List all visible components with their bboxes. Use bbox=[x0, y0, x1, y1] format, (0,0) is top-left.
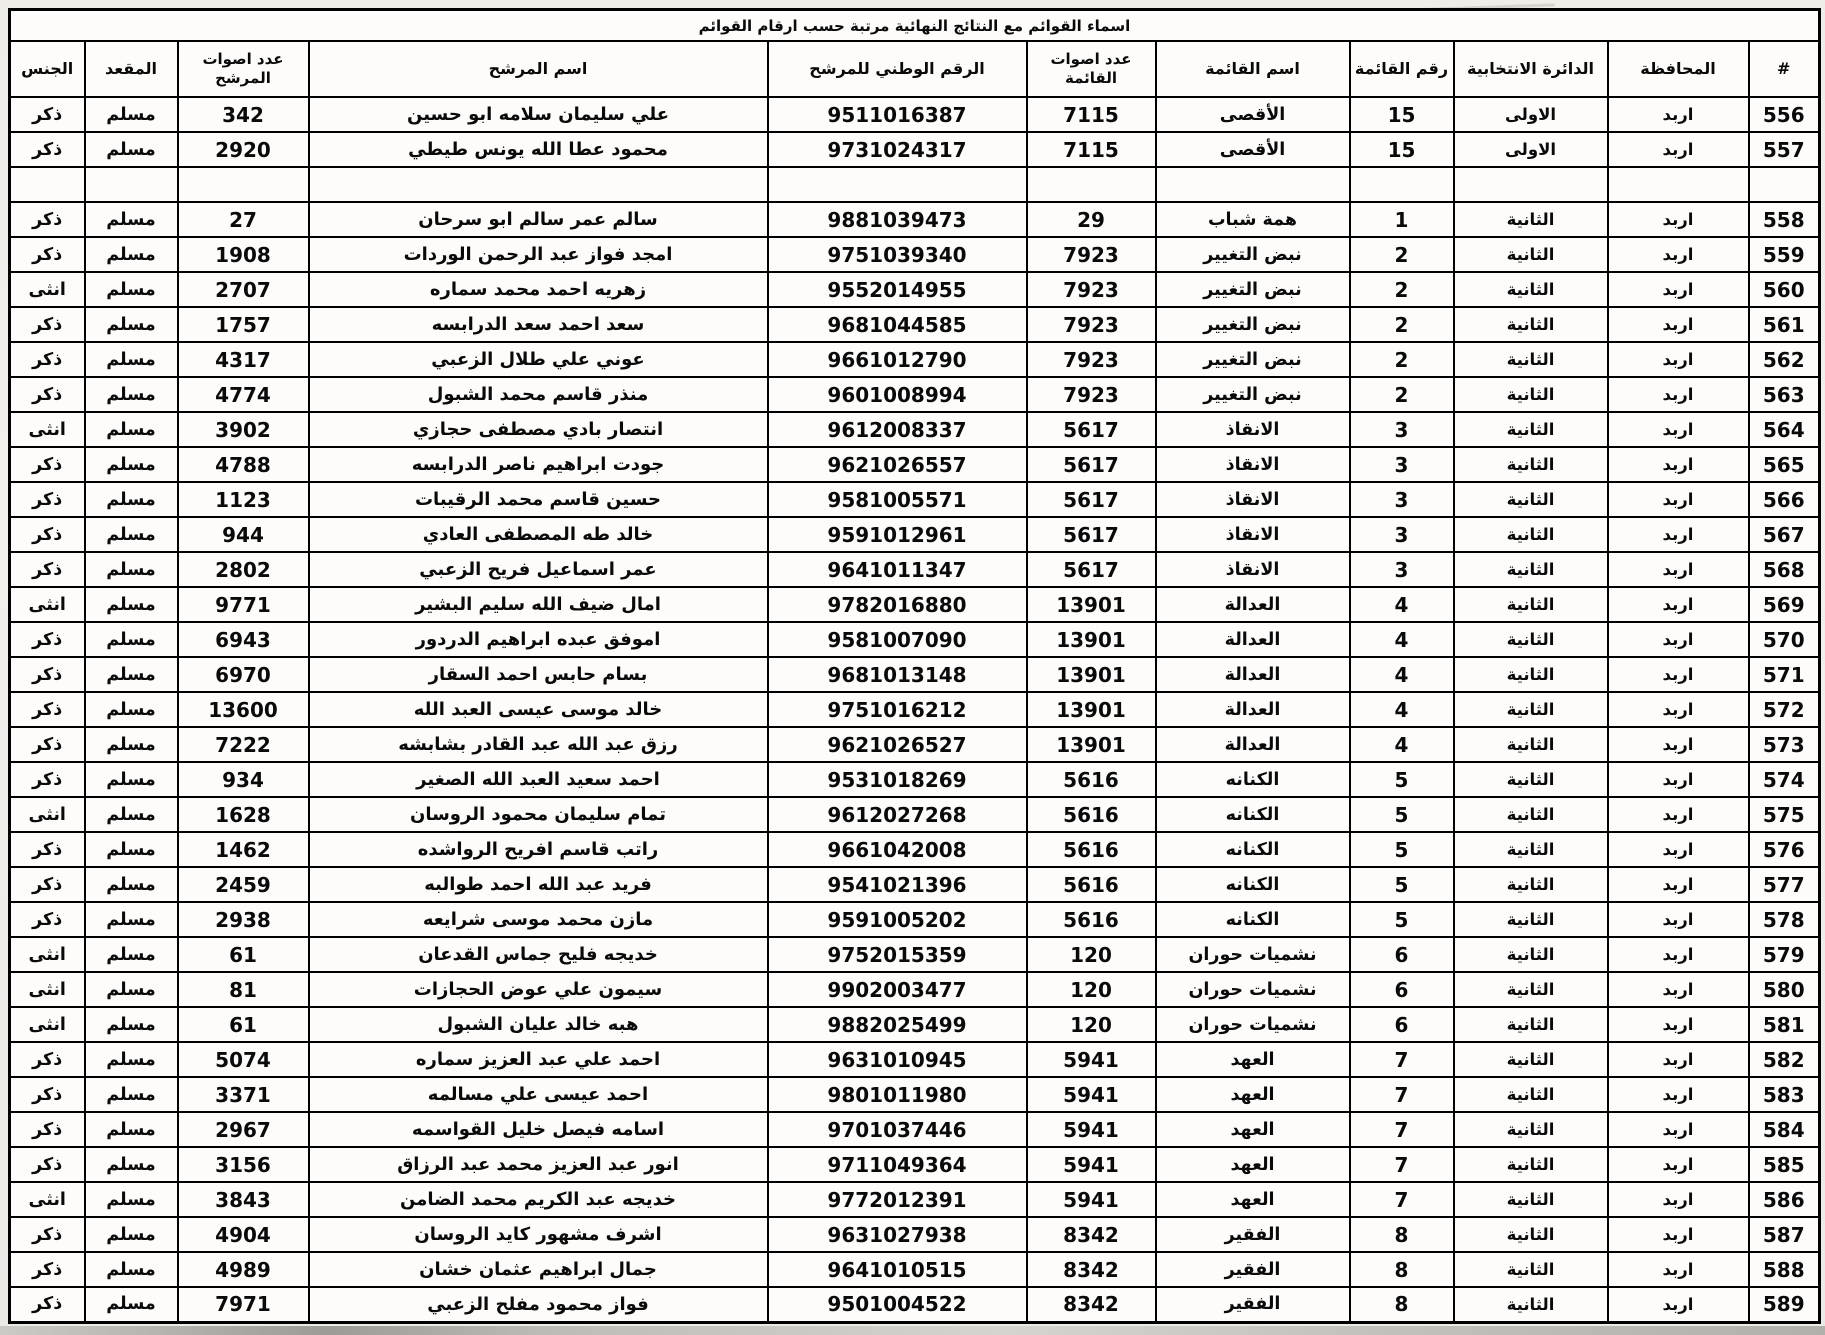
cell-row_no: 567 bbox=[1749, 517, 1820, 552]
cell-gender: ذكر bbox=[9, 342, 84, 377]
cell-candidate_votes: 4989 bbox=[178, 1252, 309, 1287]
table-row: 564اربدالثانية3الانقاذ56179612008337انتص… bbox=[9, 412, 1819, 447]
table-body: 556اربدالاولى15الأقصى71159511016387علي س… bbox=[9, 97, 1819, 1322]
cell-gender: انثى bbox=[9, 937, 84, 972]
cell-list_name: نبض التغيير bbox=[1156, 237, 1350, 272]
cell-list_votes: 8342 bbox=[1027, 1252, 1156, 1287]
cell-list_name: الكنانه bbox=[1156, 832, 1350, 867]
cell-candidate_name: راتب قاسم افريح الرواشده bbox=[309, 832, 768, 867]
table-row: 586اربدالثانية7العهد59419772012391خديجه … bbox=[9, 1182, 1819, 1217]
table-row: 589اربدالثانية8الفقير83429501004522فواز … bbox=[9, 1287, 1819, 1322]
cell-list_number: 5 bbox=[1350, 867, 1454, 902]
cell-seat: مسلم bbox=[85, 972, 178, 1007]
cell-district: الثانية bbox=[1454, 1112, 1608, 1147]
cell-list_number: 7 bbox=[1350, 1042, 1454, 1077]
table-row: 587اربدالثانية8الفقير83429631027938اشرف … bbox=[9, 1217, 1819, 1252]
cell-gender: ذكر bbox=[9, 727, 84, 762]
cell-row_no: 581 bbox=[1749, 1007, 1820, 1042]
table-row: 575اربدالثانية5الكنانه56169612027268تمام… bbox=[9, 797, 1819, 832]
cell-row_no: 572 bbox=[1749, 692, 1820, 727]
cell-list_number: 3 bbox=[1350, 412, 1454, 447]
cell-national_id: 9612008337 bbox=[768, 412, 1027, 447]
cell-district: الثانية bbox=[1454, 587, 1608, 622]
cell-district: الثانية bbox=[1454, 1252, 1608, 1287]
cell-candidate_votes: 3843 bbox=[178, 1182, 309, 1217]
table-row: 559اربدالثانية2نبض التغيير79239751039340… bbox=[9, 237, 1819, 272]
cell-governorate: اربد bbox=[1608, 552, 1749, 587]
cell-row_no: 562 bbox=[1749, 342, 1820, 377]
table-row: 571اربدالثانية4العدالة139019681013148بسا… bbox=[9, 657, 1819, 692]
cell-seat: مسلم bbox=[85, 1217, 178, 1252]
cell-candidate_name: جودت ابراهيم ناصر الدرابسه bbox=[309, 447, 768, 482]
cell-list_number: 4 bbox=[1350, 692, 1454, 727]
cell-district: الثانية bbox=[1454, 447, 1608, 482]
cell-candidate_name: خديجه عبد الكريم محمد الضامن bbox=[309, 1182, 768, 1217]
cell-candidate_name bbox=[309, 167, 768, 202]
cell-gender: ذكر bbox=[9, 307, 84, 342]
cell-row_no: 561 bbox=[1749, 307, 1820, 342]
cell-national_id: 9882025499 bbox=[768, 1007, 1027, 1042]
cell-row_no: 569 bbox=[1749, 587, 1820, 622]
table-row: 558اربدالثانية1همة شباب299881039473سالم … bbox=[9, 202, 1819, 237]
cell-list_votes: 7923 bbox=[1027, 272, 1156, 307]
cell-list_votes: 7923 bbox=[1027, 237, 1156, 272]
cell-candidate_votes: 7222 bbox=[178, 727, 309, 762]
scanned-page: { "title": "اسماء القوائم مع النتائج الن… bbox=[0, 0, 1825, 1335]
column-header-gender: الجنس bbox=[9, 41, 84, 97]
cell-row_no: 570 bbox=[1749, 622, 1820, 657]
cell-district: الاولى bbox=[1454, 97, 1608, 132]
cell-list_votes: 13901 bbox=[1027, 692, 1156, 727]
table-row: 566اربدالثانية3الانقاذ56179581005571حسين… bbox=[9, 482, 1819, 517]
cell-candidate_votes: 2707 bbox=[178, 272, 309, 307]
cell-candidate_name: مازن محمد موسى شرايعه bbox=[309, 902, 768, 937]
cell-candidate_name: بسام حابس احمد السقار bbox=[309, 657, 768, 692]
cell-gender: ذكر bbox=[9, 692, 84, 727]
cell-district: الثانية bbox=[1454, 237, 1608, 272]
table-row: 567اربدالثانية3الانقاذ56179591012961خالد… bbox=[9, 517, 1819, 552]
cell-district: الثانية bbox=[1454, 762, 1608, 797]
cell-row_no: 576 bbox=[1749, 832, 1820, 867]
cell-row_no: 587 bbox=[1749, 1217, 1820, 1252]
table-row: 582اربدالثانية7العهد59419631010945احمد ع… bbox=[9, 1042, 1819, 1077]
cell-list_number: 15 bbox=[1350, 97, 1454, 132]
cell-governorate: اربد bbox=[1608, 342, 1749, 377]
cell-list_number bbox=[1350, 167, 1454, 202]
cell-national_id: 9902003477 bbox=[768, 972, 1027, 1007]
column-header-national_id: الرقم الوطني للمرشح bbox=[768, 41, 1027, 97]
cell-list_number: 2 bbox=[1350, 307, 1454, 342]
cell-list_votes: 5941 bbox=[1027, 1182, 1156, 1217]
cell-list_name: الكنانه bbox=[1156, 867, 1350, 902]
cell-list_votes: 5616 bbox=[1027, 902, 1156, 937]
cell-list_number: 2 bbox=[1350, 377, 1454, 412]
table-row: 569اربدالثانية4العدالة139019782016880اما… bbox=[9, 587, 1819, 622]
cell-list_votes: 5616 bbox=[1027, 762, 1156, 797]
cell-list_name: الانقاذ bbox=[1156, 552, 1350, 587]
cell-seat: مسلم bbox=[85, 727, 178, 762]
cell-list_name: الانقاذ bbox=[1156, 517, 1350, 552]
cell-list_votes: 13901 bbox=[1027, 587, 1156, 622]
cell-gender: ذكر bbox=[9, 132, 84, 167]
cell-gender: ذكر bbox=[9, 867, 84, 902]
cell-list_name: الفقير bbox=[1156, 1217, 1350, 1252]
cell-list_votes: 7923 bbox=[1027, 377, 1156, 412]
cell-national_id: 9501004522 bbox=[768, 1287, 1027, 1322]
column-header-list_name: اسم القائمة bbox=[1156, 41, 1350, 97]
cell-national_id bbox=[768, 167, 1027, 202]
cell-list_votes: 13901 bbox=[1027, 657, 1156, 692]
cell-district: الثانية bbox=[1454, 1182, 1608, 1217]
table-row: 584اربدالثانية7العهد59419701037446اسامه … bbox=[9, 1112, 1819, 1147]
cell-candidate_votes bbox=[178, 167, 309, 202]
table-row: 583اربدالثانية7العهد59419801011980احمد ع… bbox=[9, 1077, 1819, 1112]
cell-row_no: 577 bbox=[1749, 867, 1820, 902]
cell-governorate: اربد bbox=[1608, 937, 1749, 972]
cell-district: الثانية bbox=[1454, 902, 1608, 937]
cell-national_id: 9751039340 bbox=[768, 237, 1027, 272]
cell-candidate_votes: 944 bbox=[178, 517, 309, 552]
cell-row_no: 585 bbox=[1749, 1147, 1820, 1182]
cell-list_name: الفقير bbox=[1156, 1252, 1350, 1287]
election-results-table: اسماء القوائم مع النتائج النهائية مرتبة … bbox=[8, 8, 1821, 1324]
cell-list_name: العهد bbox=[1156, 1077, 1350, 1112]
cell-seat: مسلم bbox=[85, 412, 178, 447]
cell-gender: ذكر bbox=[9, 657, 84, 692]
cell-candidate_votes: 1123 bbox=[178, 482, 309, 517]
cell-district: الثانية bbox=[1454, 972, 1608, 1007]
cell-gender: انثى bbox=[9, 972, 84, 1007]
cell-list_number: 6 bbox=[1350, 937, 1454, 972]
cell-seat: مسلم bbox=[85, 622, 178, 657]
table-row: 565اربدالثانية3الانقاذ56179621026557جودت… bbox=[9, 447, 1819, 482]
cell-row_no: 563 bbox=[1749, 377, 1820, 412]
cell-candidate_name: سالم عمر سالم ابو سرحان bbox=[309, 202, 768, 237]
table-row: 574اربدالثانية5الكنانه56169531018269احمد… bbox=[9, 762, 1819, 797]
cell-candidate_name: زهريه احمد محمد سماره bbox=[309, 272, 768, 307]
cell-row_no: 557 bbox=[1749, 132, 1820, 167]
cell-gender: ذكر bbox=[9, 447, 84, 482]
cell-national_id: 9782016880 bbox=[768, 587, 1027, 622]
cell-district: الثانية bbox=[1454, 412, 1608, 447]
cell-list_votes: 5617 bbox=[1027, 552, 1156, 587]
cell-governorate: اربد bbox=[1608, 622, 1749, 657]
cell-candidate_votes: 2802 bbox=[178, 552, 309, 587]
cell-list_number: 8 bbox=[1350, 1287, 1454, 1322]
cell-governorate: اربد bbox=[1608, 762, 1749, 797]
cell-list_name: الانقاذ bbox=[1156, 412, 1350, 447]
cell-district: الثانية bbox=[1454, 1147, 1608, 1182]
cell-row_no: 588 bbox=[1749, 1252, 1820, 1287]
cell-list_name: العهد bbox=[1156, 1147, 1350, 1182]
cell-gender: ذكر bbox=[9, 482, 84, 517]
cell-national_id: 9631010945 bbox=[768, 1042, 1027, 1077]
cell-district: الثانية bbox=[1454, 307, 1608, 342]
cell-seat: مسلم bbox=[85, 307, 178, 342]
cell-list_number: 7 bbox=[1350, 1077, 1454, 1112]
cell-gender: ذكر bbox=[9, 1077, 84, 1112]
cell-candidate_name: احمد سعيد العبد الله الصغير bbox=[309, 762, 768, 797]
table-row bbox=[9, 167, 1819, 202]
cell-list_number: 4 bbox=[1350, 657, 1454, 692]
cell-list_name: نشميات حوران bbox=[1156, 972, 1350, 1007]
cell-governorate: اربد bbox=[1608, 307, 1749, 342]
cell-seat: مسلم bbox=[85, 342, 178, 377]
cell-seat bbox=[85, 167, 178, 202]
cell-list_name: الكنانه bbox=[1156, 762, 1350, 797]
cell-candidate_votes: 6970 bbox=[178, 657, 309, 692]
cell-row_no: 565 bbox=[1749, 447, 1820, 482]
cell-gender bbox=[9, 167, 84, 202]
cell-list_name bbox=[1156, 167, 1350, 202]
table-row: 560اربدالثانية2نبض التغيير79239552014955… bbox=[9, 272, 1819, 307]
cell-row_no: 568 bbox=[1749, 552, 1820, 587]
cell-row_no: 582 bbox=[1749, 1042, 1820, 1077]
cell-row_no: 579 bbox=[1749, 937, 1820, 972]
cell-candidate_name: هبه خالد عليان الشبول bbox=[309, 1007, 768, 1042]
cell-district bbox=[1454, 167, 1608, 202]
cell-list_votes: 8342 bbox=[1027, 1217, 1156, 1252]
cell-candidate_votes: 2459 bbox=[178, 867, 309, 902]
column-header-governorate: المحافظة bbox=[1608, 41, 1749, 97]
cell-governorate: اربد bbox=[1608, 237, 1749, 272]
cell-candidate_votes: 1462 bbox=[178, 832, 309, 867]
cell-governorate: اربد bbox=[1608, 657, 1749, 692]
cell-gender: ذكر bbox=[9, 1252, 84, 1287]
cell-list_name: الفقير bbox=[1156, 1287, 1350, 1322]
cell-candidate_votes: 4774 bbox=[178, 377, 309, 412]
cell-candidate_votes: 1628 bbox=[178, 797, 309, 832]
cell-seat: مسلم bbox=[85, 237, 178, 272]
cell-district: الثانية bbox=[1454, 342, 1608, 377]
cell-list_votes: 5941 bbox=[1027, 1042, 1156, 1077]
cell-national_id: 9581007090 bbox=[768, 622, 1027, 657]
cell-candidate_votes: 61 bbox=[178, 937, 309, 972]
cell-candidate_name: حسين قاسم محمد الرقيبات bbox=[309, 482, 768, 517]
cell-gender: ذكر bbox=[9, 1112, 84, 1147]
cell-district: الثانية bbox=[1454, 1287, 1608, 1322]
cell-national_id: 9581005571 bbox=[768, 482, 1027, 517]
cell-list_number: 5 bbox=[1350, 797, 1454, 832]
cell-list_number: 7 bbox=[1350, 1182, 1454, 1217]
cell-list_number: 6 bbox=[1350, 972, 1454, 1007]
cell-gender: انثى bbox=[9, 587, 84, 622]
cell-national_id: 9511016387 bbox=[768, 97, 1027, 132]
cell-seat: مسلم bbox=[85, 657, 178, 692]
cell-list_number: 15 bbox=[1350, 132, 1454, 167]
header-row: #المحافظةالدائرة الانتخابيةرقم القائمةاس… bbox=[9, 41, 1819, 97]
cell-seat: مسلم bbox=[85, 762, 178, 797]
table-row: 572اربدالثانية4العدالة139019751016212خال… bbox=[9, 692, 1819, 727]
cell-row_no: 564 bbox=[1749, 412, 1820, 447]
column-header-district: الدائرة الانتخابية bbox=[1454, 41, 1608, 97]
cell-row_no: 558 bbox=[1749, 202, 1820, 237]
cell-candidate_name: منذر قاسم محمد الشبول bbox=[309, 377, 768, 412]
table-row: 585اربدالثانية7العهد59419711049364انور ع… bbox=[9, 1147, 1819, 1182]
cell-gender: انثى bbox=[9, 797, 84, 832]
cell-list_votes: 7115 bbox=[1027, 97, 1156, 132]
cell-list_votes: 5617 bbox=[1027, 482, 1156, 517]
cell-row_no: 583 bbox=[1749, 1077, 1820, 1112]
cell-list_votes: 120 bbox=[1027, 1007, 1156, 1042]
cell-candidate_votes: 3902 bbox=[178, 412, 309, 447]
cell-candidate_name: محمود عطا الله يونس طيطي bbox=[309, 132, 768, 167]
cell-row_no: 589 bbox=[1749, 1287, 1820, 1322]
cell-seat: مسلم bbox=[85, 867, 178, 902]
cell-seat: مسلم bbox=[85, 1077, 178, 1112]
cell-candidate_votes: 2938 bbox=[178, 902, 309, 937]
cell-governorate bbox=[1608, 167, 1749, 202]
cell-candidate_name: علي سليمان سلامه ابو حسين bbox=[309, 97, 768, 132]
cell-row_no: 575 bbox=[1749, 797, 1820, 832]
cell-district: الثانية bbox=[1454, 517, 1608, 552]
cell-seat: مسلم bbox=[85, 797, 178, 832]
cell-national_id: 9591012961 bbox=[768, 517, 1027, 552]
cell-candidate_name: اشرف مشهور كايد الروسان bbox=[309, 1217, 768, 1252]
cell-seat: مسلم bbox=[85, 1252, 178, 1287]
cell-national_id: 9711049364 bbox=[768, 1147, 1027, 1182]
cell-district: الثانية bbox=[1454, 272, 1608, 307]
cell-governorate: اربد bbox=[1608, 202, 1749, 237]
cell-candidate_name: عمر اسماعيل فريح الزعبي bbox=[309, 552, 768, 587]
cell-list_number: 5 bbox=[1350, 832, 1454, 867]
cell-candidate_votes: 9771 bbox=[178, 587, 309, 622]
cell-list_name: نبض التغيير bbox=[1156, 272, 1350, 307]
cell-district: الثانية bbox=[1454, 622, 1608, 657]
table-row: 581اربدالثانية6نشميات حوران1209882025499… bbox=[9, 1007, 1819, 1042]
cell-row_no: 556 bbox=[1749, 97, 1820, 132]
cell-list_votes: 5941 bbox=[1027, 1147, 1156, 1182]
cell-candidate_votes: 27 bbox=[178, 202, 309, 237]
cell-list_number: 8 bbox=[1350, 1252, 1454, 1287]
cell-national_id: 9591005202 bbox=[768, 902, 1027, 937]
cell-national_id: 9751016212 bbox=[768, 692, 1027, 727]
cell-seat: مسلم bbox=[85, 377, 178, 412]
cell-list_votes: 13901 bbox=[1027, 727, 1156, 762]
cell-district: الثانية bbox=[1454, 937, 1608, 972]
cell-list_votes: 120 bbox=[1027, 937, 1156, 972]
cell-national_id: 9661042008 bbox=[768, 832, 1027, 867]
column-header-candidate_votes: عدد اصوات المرشح bbox=[178, 41, 309, 97]
cell-gender: انثى bbox=[9, 1007, 84, 1042]
cell-list_name: العهد bbox=[1156, 1112, 1350, 1147]
cell-national_id: 9612027268 bbox=[768, 797, 1027, 832]
cell-seat: مسلم bbox=[85, 1182, 178, 1217]
cell-list_name: العدالة bbox=[1156, 622, 1350, 657]
cell-governorate: اربد bbox=[1608, 1287, 1749, 1322]
cell-list_name: الكنانه bbox=[1156, 902, 1350, 937]
cell-seat: مسلم bbox=[85, 1147, 178, 1182]
cell-gender: ذكر bbox=[9, 832, 84, 867]
cell-candidate_name: جمال ابراهيم عثمان خشان bbox=[309, 1252, 768, 1287]
cell-list_votes: 5616 bbox=[1027, 832, 1156, 867]
cell-candidate_votes: 5074 bbox=[178, 1042, 309, 1077]
cell-list_name: الكنانه bbox=[1156, 797, 1350, 832]
cell-list_number: 3 bbox=[1350, 552, 1454, 587]
cell-national_id: 9641010515 bbox=[768, 1252, 1027, 1287]
cell-national_id: 9752015359 bbox=[768, 937, 1027, 972]
cell-governorate: اربد bbox=[1608, 132, 1749, 167]
cell-candidate_name: احمد علي عبد العزيز سماره bbox=[309, 1042, 768, 1077]
table-row: 579اربدالثانية6نشميات حوران1209752015359… bbox=[9, 937, 1819, 972]
cell-candidate_name: اسامه فيصل خليل القواسمه bbox=[309, 1112, 768, 1147]
cell-candidate_votes: 3156 bbox=[178, 1147, 309, 1182]
cell-seat: مسلم bbox=[85, 832, 178, 867]
cell-list_number: 3 bbox=[1350, 447, 1454, 482]
cell-list_votes: 7923 bbox=[1027, 342, 1156, 377]
cell-row_no: 578 bbox=[1749, 902, 1820, 937]
cell-seat: مسلم bbox=[85, 1007, 178, 1042]
cell-district: الثانية bbox=[1454, 797, 1608, 832]
cell-seat: مسلم bbox=[85, 517, 178, 552]
cell-candidate_votes: 6943 bbox=[178, 622, 309, 657]
cell-list_number: 2 bbox=[1350, 272, 1454, 307]
cell-district: الثانية bbox=[1454, 1077, 1608, 1112]
cell-row_no: 571 bbox=[1749, 657, 1820, 692]
cell-seat: مسلم bbox=[85, 482, 178, 517]
cell-gender: ذكر bbox=[9, 1217, 84, 1252]
cell-governorate: اربد bbox=[1608, 1112, 1749, 1147]
cell-governorate: اربد bbox=[1608, 1252, 1749, 1287]
cell-national_id: 9621026527 bbox=[768, 727, 1027, 762]
table-row: 576اربدالثانية5الكنانه56169661042008راتب… bbox=[9, 832, 1819, 867]
cell-list_votes: 5617 bbox=[1027, 517, 1156, 552]
cell-candidate_votes: 13600 bbox=[178, 692, 309, 727]
table-row: 588اربدالثانية8الفقير83429641010515جمال … bbox=[9, 1252, 1819, 1287]
cell-candidate_votes: 1757 bbox=[178, 307, 309, 342]
cell-governorate: اربد bbox=[1608, 972, 1749, 1007]
cell-seat: مسلم bbox=[85, 132, 178, 167]
cell-gender: انثى bbox=[9, 272, 84, 307]
cell-candidate_name: سعد احمد سعد الدرابسه bbox=[309, 307, 768, 342]
cell-seat: مسلم bbox=[85, 937, 178, 972]
column-header-row_no: # bbox=[1749, 41, 1820, 97]
cell-list_number: 2 bbox=[1350, 342, 1454, 377]
cell-candidate_name: اموفق عبده ابراهيم الدردور bbox=[309, 622, 768, 657]
cell-gender: ذكر bbox=[9, 517, 84, 552]
cell-list_number: 7 bbox=[1350, 1112, 1454, 1147]
cell-gender: ذكر bbox=[9, 237, 84, 272]
cell-list_name: الأقصى bbox=[1156, 97, 1350, 132]
cell-governorate: اربد bbox=[1608, 727, 1749, 762]
cell-row_no: 559 bbox=[1749, 237, 1820, 272]
cell-list_name: العدالة bbox=[1156, 587, 1350, 622]
cell-candidate_votes: 2967 bbox=[178, 1112, 309, 1147]
cell-list_votes: 7923 bbox=[1027, 307, 1156, 342]
cell-seat: مسلم bbox=[85, 447, 178, 482]
cell-candidate_name: فريد عبد الله احمد طوالبه bbox=[309, 867, 768, 902]
cell-list_votes: 5616 bbox=[1027, 797, 1156, 832]
cell-row_no: 574 bbox=[1749, 762, 1820, 797]
cell-governorate: اربد bbox=[1608, 517, 1749, 552]
cell-gender: ذكر bbox=[9, 1042, 84, 1077]
cell-governorate: اربد bbox=[1608, 867, 1749, 902]
cell-governorate: اربد bbox=[1608, 97, 1749, 132]
cell-governorate: اربد bbox=[1608, 832, 1749, 867]
cell-national_id: 9661012790 bbox=[768, 342, 1027, 377]
cell-national_id: 9681044585 bbox=[768, 307, 1027, 342]
cell-candidate_votes: 2920 bbox=[178, 132, 309, 167]
cell-list_votes: 5616 bbox=[1027, 867, 1156, 902]
cell-governorate: اربد bbox=[1608, 1042, 1749, 1077]
cell-district: الثانية bbox=[1454, 832, 1608, 867]
table-row: 557اربدالاولى15الأقصى71159731024317محمود… bbox=[9, 132, 1819, 167]
cell-district: الثانية bbox=[1454, 1007, 1608, 1042]
cell-district: الثانية bbox=[1454, 1042, 1608, 1077]
cell-gender: ذكر bbox=[9, 97, 84, 132]
cell-district: الثانية bbox=[1454, 867, 1608, 902]
column-header-list_votes: عدد اصوات القائمة bbox=[1027, 41, 1156, 97]
